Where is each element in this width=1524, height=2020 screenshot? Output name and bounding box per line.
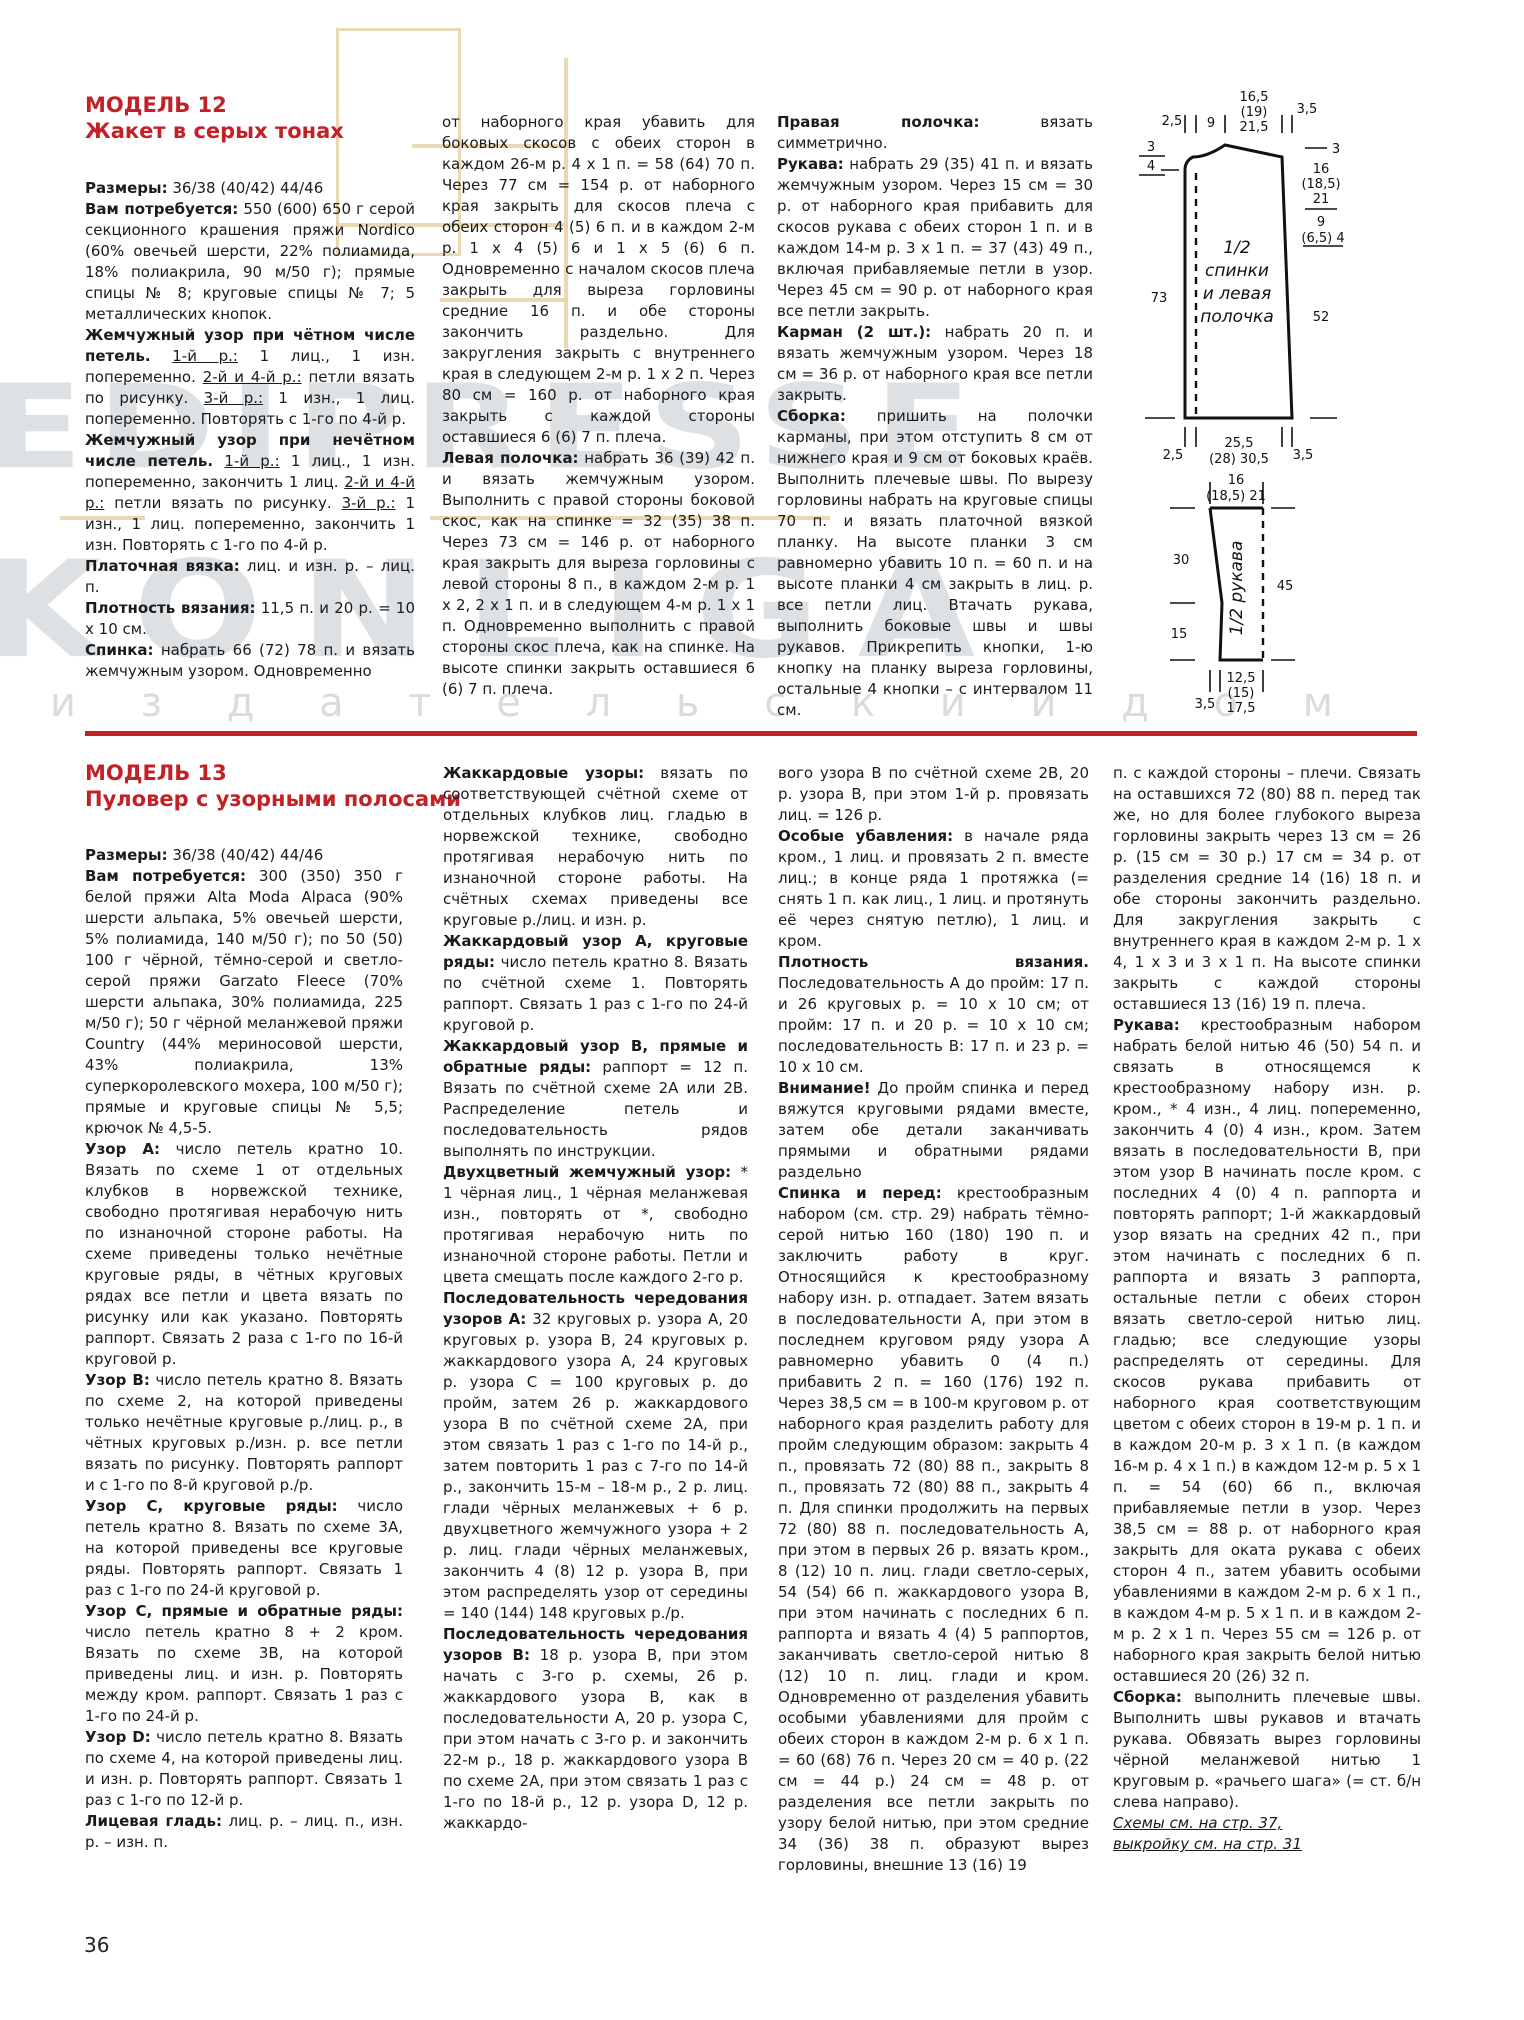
paragraph: Плотность вязания. Последовательность А …	[778, 952, 1089, 1078]
dim-right-side: 52	[1313, 310, 1330, 325]
model12-title-line2: Жакет в серых тонах	[85, 118, 344, 144]
paragraph: Жемчужный узор при нечётном числе петель…	[85, 430, 415, 556]
dim-left-neck-bottom: 4	[1147, 159, 1155, 174]
model12-column-2: от наборного края убавить для боковых ск…	[442, 112, 755, 700]
dim-sleeve-bottom-3: 17,5	[1227, 701, 1256, 716]
paragraph: Лицевая гладь: лиц. р. – лиц. п., изн. р…	[85, 1811, 403, 1853]
paragraph: Плотность вязания: 11,5 п. и 20 р. = 10 …	[85, 598, 415, 640]
dim-sleeve-bottom-left: 3,5	[1195, 697, 1216, 712]
dim-bottom-right: 3,5	[1293, 448, 1314, 463]
paragraph: Рукава: крестообразным набором набрать б…	[1113, 1015, 1421, 1687]
paragraph: Узор D: число петель кратно 8. Вязать по…	[85, 1727, 403, 1811]
paragraph: Двухцветный жемчужный узор: * 1 чёрная л…	[443, 1162, 748, 1288]
paragraph: Спинка и перед: крестообразным набором (…	[778, 1183, 1089, 1876]
paragraph: Размеры: 36/38 (40/42) 44/46	[85, 845, 403, 866]
dim-sleeve-top-1: 16	[1228, 473, 1245, 488]
paragraph: Левая полочка: набрать 36 (39) 42 п. и в…	[442, 448, 755, 700]
dim-right-shoulder: 3	[1332, 142, 1340, 157]
model12-title: МОДЕЛЬ 12 Жакет в серых тонах	[85, 92, 344, 144]
paragraph: Карман (2 шт.): набрать 20 п. и вязать ж…	[777, 322, 1093, 406]
dim-left-neck-top: 3	[1147, 140, 1155, 155]
piece-label-line3: и левая	[1203, 284, 1271, 304]
paragraph: Особые убавления: в начале ряда кром., 1…	[778, 826, 1089, 952]
paragraph: Последовательность чередования узоров В:…	[443, 1624, 748, 1834]
paragraph: Рукава: набрать 29 (35) 41 п. и вязать ж…	[777, 154, 1093, 322]
dim-bottom-width-1: 25,5	[1225, 436, 1254, 451]
model12-column-3: Правая полочка: вязать симметрично.Рукав…	[777, 112, 1093, 721]
model13-column-4: п. с каждой стороны – плечи. Связать на …	[1113, 763, 1421, 1855]
page-number: 36	[84, 1933, 109, 1957]
dim-right-armhole-2: (18,5)	[1301, 177, 1340, 192]
model12-column-1: Размеры: 36/38 (40/42) 44/46Вам потребуе…	[85, 178, 415, 682]
paragraph: выкройку см. на стр. 31	[1113, 1834, 1421, 1855]
paragraph: Узор С, круговые ряды: число петель крат…	[85, 1496, 403, 1601]
piece-label-line1: 1/2	[1223, 238, 1250, 258]
model13-title-line2: Пуловер с узорными полосами	[85, 786, 461, 812]
piece-label-line2: спинки	[1205, 261, 1269, 281]
dim-bottom-width-2: (28) 30,5	[1209, 452, 1269, 467]
paragraph: п. с каждой стороны – плечи. Связать на …	[1113, 763, 1421, 1015]
paragraph: Сборка: выполнить плечевые швы. Выполнит…	[1113, 1687, 1421, 1813]
schematic-sleeve: 16 (18,5) 21 30 15 45 3,5 12,5 (15) 17,5…	[1115, 470, 1465, 735]
paragraph: Размеры: 36/38 (40/42) 44/46	[85, 178, 415, 199]
paragraph: вого узора В по счётной схеме 2В, 20 р. …	[778, 763, 1089, 826]
dim-sleeve-right: 45	[1277, 579, 1294, 594]
dim-sleeve-left-lower: 15	[1171, 627, 1188, 642]
model13-column-2: Жаккардовые узоры: вязать по соответству…	[443, 763, 748, 1834]
dim-right-armhole-1: 16	[1313, 162, 1330, 177]
paragraph: от наборного края убавить для боковых ск…	[442, 112, 755, 448]
paragraph: Узор А: число петель кратно 10. Вязать п…	[85, 1139, 403, 1370]
paragraph: Узор С, прямые и обратные ряды: число пе…	[85, 1601, 403, 1727]
paragraph: Жемчужный узор при чётном числе петель. …	[85, 325, 415, 430]
paragraph: Вам потребуется: 550 (600) 650 г серой с…	[85, 199, 415, 325]
dim-top-shoulder: 9	[1207, 116, 1215, 131]
model13-title: МОДЕЛЬ 13 Пуловер с узорными полосами	[85, 760, 461, 812]
dim-top-right: 3,5	[1297, 102, 1318, 117]
dim-top-width-1: 16,5	[1240, 90, 1269, 105]
dim-top-width-3: 21,5	[1240, 120, 1269, 135]
paragraph: Спинка: набрать 66 (72) 78 п. и вязать ж…	[85, 640, 415, 682]
dim-left-height: 73	[1151, 291, 1168, 306]
dim-bottom-left: 2,5	[1163, 448, 1184, 463]
paragraph: Схемы см. на стр. 37,	[1113, 1813, 1421, 1834]
paragraph: Внимание! До пройм спинка и перед вяжутс…	[778, 1078, 1089, 1183]
dim-sleeve-bottom-2: (15)	[1228, 686, 1255, 701]
paragraph: Узор В: число петель кратно 8. Вязать по…	[85, 1370, 403, 1496]
dim-sleeve-top-2: (18,5) 21	[1206, 489, 1266, 504]
dim-right-armhole-3: 21	[1313, 192, 1330, 207]
dim-right-band2: (6,5) 4	[1301, 231, 1344, 246]
sleeve-piece-label: 1/2 рукава	[1227, 541, 1247, 636]
model12-title-line1: МОДЕЛЬ 12	[85, 92, 344, 118]
dim-sleeve-left-upper: 30	[1173, 553, 1190, 568]
dim-top-left: 2,5	[1162, 114, 1183, 129]
paragraph: Платочная вязка: лиц. и изн. р. – лиц. п…	[85, 556, 415, 598]
dim-top-width-2: (19)	[1241, 105, 1268, 120]
model13-column-3: вого узора В по счётной схеме 2В, 20 р. …	[778, 763, 1089, 1876]
paragraph: Сборка: пришить на полочки карманы, при …	[777, 406, 1093, 721]
paragraph: Жаккардовые узоры: вязать по соответству…	[443, 763, 748, 931]
paragraph: Жаккардовый узор А, круговые ряды: число…	[443, 931, 748, 1036]
model13-column-1: Размеры: 36/38 (40/42) 44/46Вам потребуе…	[85, 845, 403, 1853]
dim-right-band: 9	[1317, 215, 1325, 230]
paragraph: Вам потребуется: 300 (350) 350 г белой п…	[85, 866, 403, 1139]
paragraph: Правая полочка: вязать симметрично.	[777, 112, 1093, 154]
piece-label-line4: полочка	[1200, 307, 1274, 327]
dim-sleeve-bottom-1: 12,5	[1227, 671, 1256, 686]
paragraph: Последовательность чередования узоров А:…	[443, 1288, 748, 1624]
schematic-back-left-front: 2,5 9 16,5 (19) 21,5 3,5 3 4 73 3 16 (18…	[1115, 75, 1465, 475]
model13-title-line1: МОДЕЛЬ 13	[85, 760, 461, 786]
paragraph: Жаккардовый узор В, прямые и обратные ря…	[443, 1036, 748, 1162]
section-separator-line	[85, 731, 1417, 736]
magazine-page: EDIPRESSE KONLIGA и з д а т е л ь с к и …	[0, 0, 1524, 2020]
